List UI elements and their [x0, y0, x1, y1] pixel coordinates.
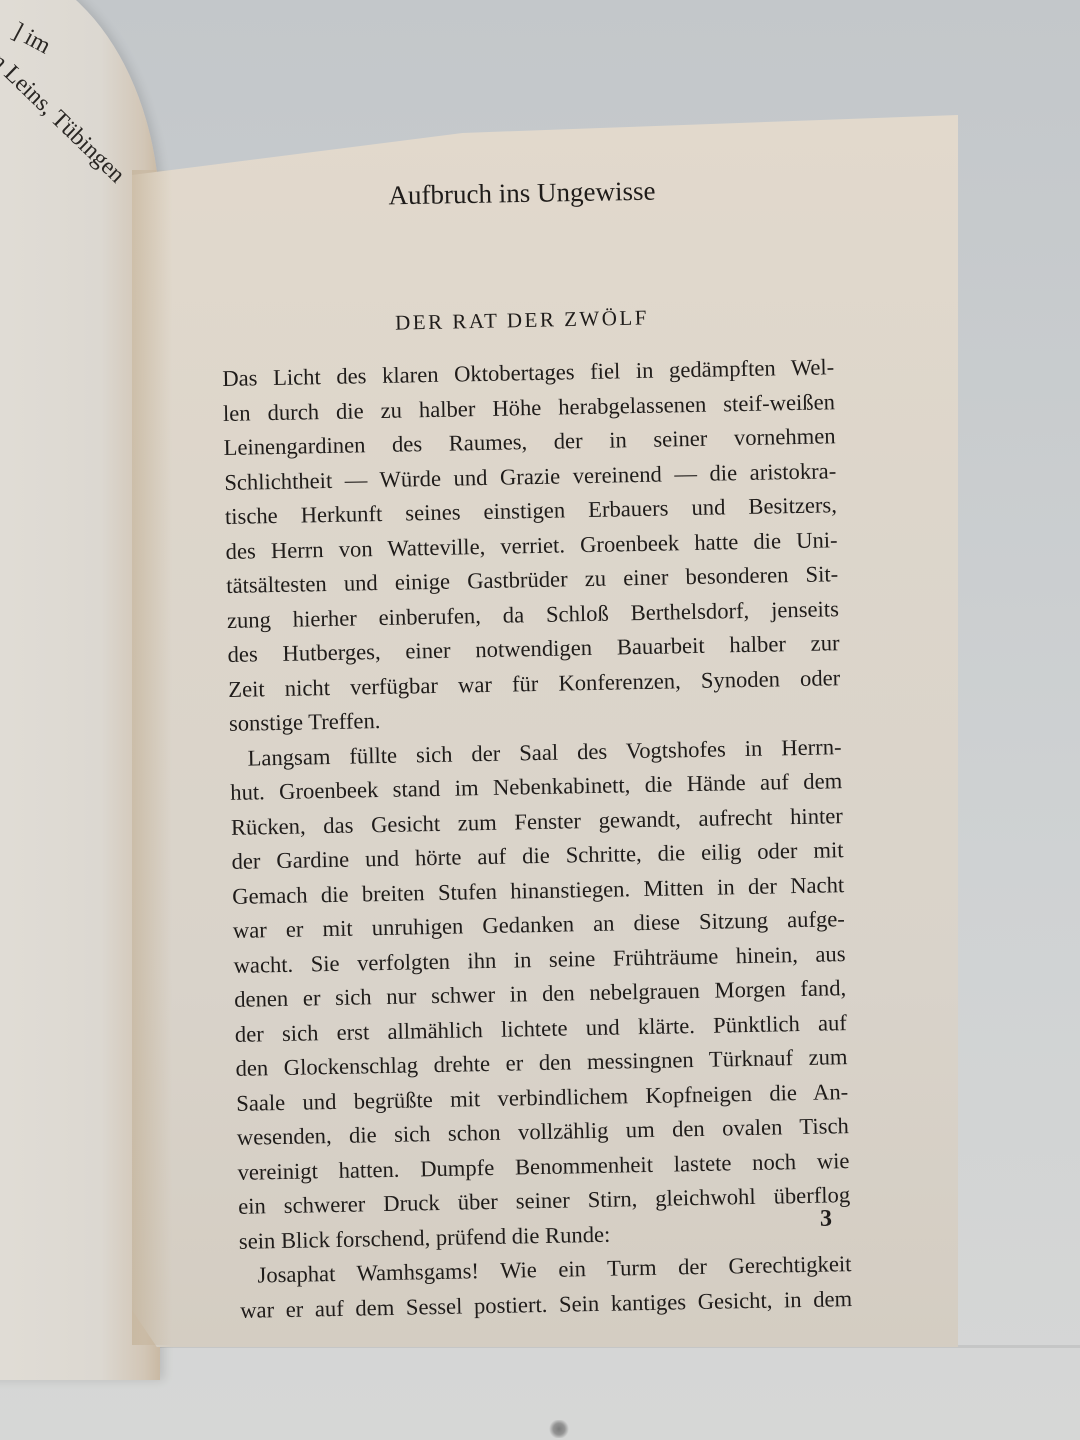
paragraph-2: Langsam füllte sich der Saal des Vogtsho…	[229, 730, 851, 1259]
body-text: Das Licht des klaren Oktobertages fiel i…	[222, 350, 852, 1328]
paragraph-1: Das Licht des klaren Oktobertages fiel i…	[222, 350, 841, 741]
paragraph-3: Josaphat Wamhsgams! Wie ein Turm der Ger…	[239, 1247, 852, 1328]
page-gutter-shadow	[132, 170, 172, 1345]
book-title: Aufbruch ins Ungewisse	[352, 175, 692, 212]
page-number: 3	[820, 1206, 832, 1233]
table-speck	[548, 1420, 570, 1438]
left-page-line: n Leins, Tübingen	[0, 48, 130, 189]
left-page-line: ] im	[7, 18, 54, 60]
